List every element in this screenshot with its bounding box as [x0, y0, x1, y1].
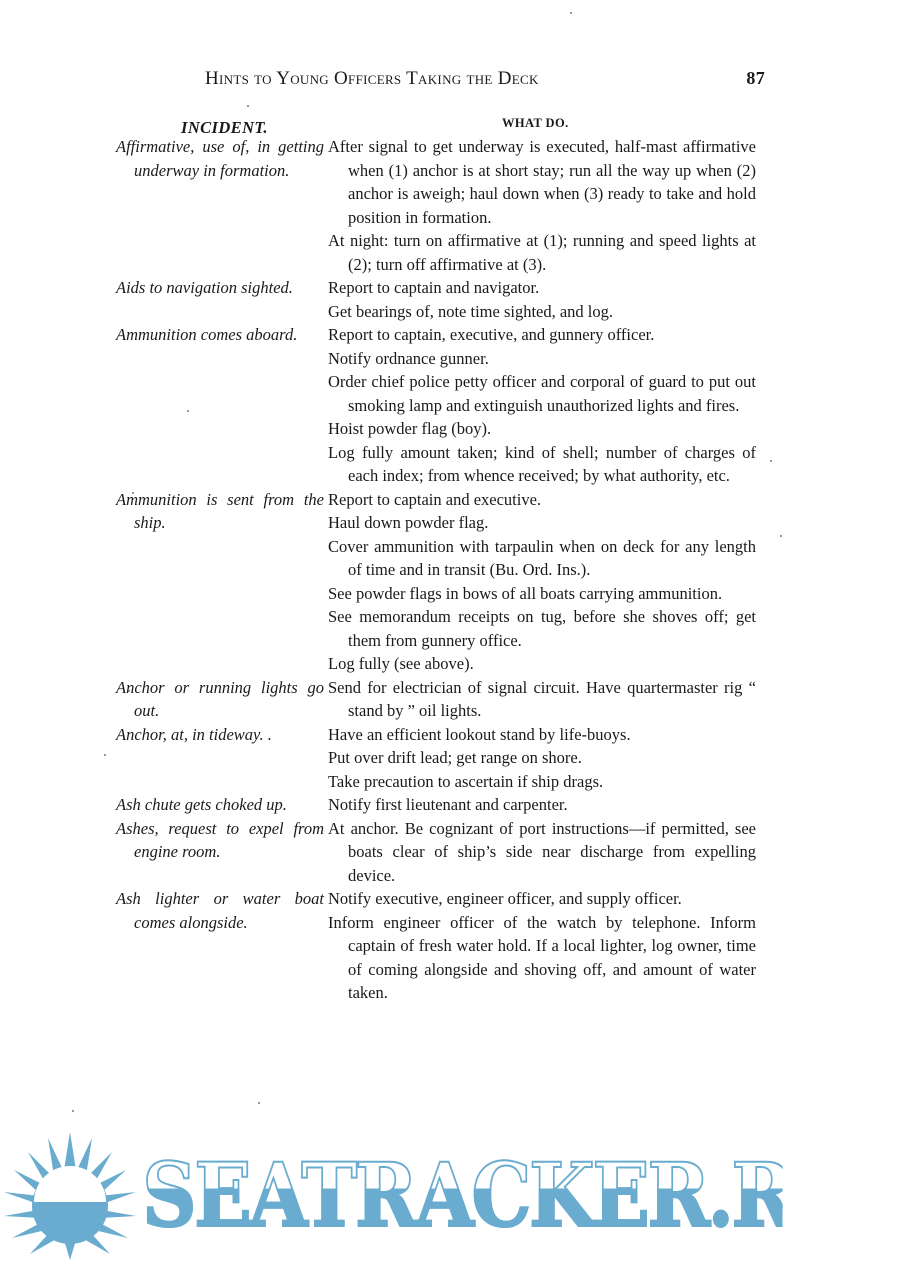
column-header-what-do: WHAT DO.: [502, 116, 569, 131]
action-item: Log fully (see above).: [328, 652, 756, 676]
scan-speck: [132, 492, 134, 494]
action-item: Order chief police petty officer and cor…: [328, 370, 756, 417]
table-row: Anchor or running lights go out. Send fo…: [116, 676, 756, 723]
scan-speck: [770, 460, 772, 462]
table-row: Ammunition comes aboard. Report to capta…: [116, 323, 756, 488]
action-item: Report to captain, executive, and gunner…: [328, 323, 756, 347]
running-head: Hints to Young Officers Taking the Deck …: [205, 68, 765, 90]
action-item: See memorandum receipts on tug, before s…: [328, 605, 756, 652]
scan-speck: [104, 754, 106, 756]
scan-speck: [187, 410, 189, 412]
action-list: Report to captain and navigator. Get bea…: [328, 276, 756, 323]
page-number: 87: [746, 68, 765, 89]
action-item: Report to captain and executive.: [328, 488, 756, 512]
incident-label: Aids to navigation sighted.: [116, 276, 328, 323]
action-item: Put over drift lead; get range on shore.: [328, 746, 756, 770]
incident-label: Ash lighter or water boat comes alongsid…: [116, 887, 328, 1005]
scan-speck: [247, 105, 249, 107]
scan-speck: [72, 1110, 74, 1112]
action-list: After signal to get underway is executed…: [328, 135, 756, 276]
action-item: Log fully amount taken; kind of shell; n…: [328, 441, 756, 488]
action-item: After signal to get underway is executed…: [328, 135, 756, 229]
sun-over-sea-icon: [0, 1130, 140, 1262]
incident-label: Anchor, at, in tideway. .: [116, 723, 328, 794]
scan-speck: [128, 690, 130, 692]
table-row: Ashes, request to expel from engine room…: [116, 817, 756, 888]
scan-speck: [258, 1102, 260, 1104]
table-row: Ash chute gets choked up. Notify first l…: [116, 793, 756, 817]
action-item: Notify executive, engineer officer, and …: [328, 887, 756, 911]
scan-speck: [725, 856, 727, 858]
incident-label: Ashes, request to expel from engine room…: [116, 817, 328, 888]
action-item: Inform engineer officer of the watch by …: [328, 911, 756, 1005]
watermark-text: SEATRACKER.RU: [142, 1154, 783, 1236]
action-item: Report to captain and navigator.: [328, 276, 756, 300]
incident-label: Affirmative, use of, in getting underway…: [116, 135, 328, 276]
table-row: Anchor, at, in tideway. . Have an effici…: [116, 723, 756, 794]
watermark: SEATRACKER.RU: [0, 1130, 900, 1262]
action-item: Get bearings of, note time sighted, and …: [328, 300, 756, 324]
action-item: At anchor. Be cognizant of port instruct…: [328, 817, 756, 888]
action-list: Notify first lieutenant and carpenter.: [328, 793, 756, 817]
table-row: Ash lighter or water boat comes alongsid…: [116, 887, 756, 1005]
running-head-title: Hints to Young Officers Taking the Deck: [205, 68, 539, 89]
action-item: Notify ordnance gunner.: [328, 347, 756, 371]
table-row: Ammunition is sent from the ship. Report…: [116, 488, 756, 676]
action-list: Report to captain, executive, and gunner…: [328, 323, 756, 488]
scan-speck: [570, 12, 572, 14]
action-item: Take precaution to ascertain if ship dra…: [328, 770, 756, 794]
scan-speck: [780, 535, 782, 537]
action-list: At anchor. Be cognizant of port instruct…: [328, 817, 756, 888]
action-item: See powder flags in bows of all boats ca…: [328, 582, 756, 606]
action-item: Hoist powder flag (boy).: [328, 417, 756, 441]
incident-table: Affirmative, use of, in getting underway…: [116, 135, 756, 1005]
action-item: Send for electrician of signal circuit. …: [328, 676, 756, 723]
table-row: Aids to navigation sighted. Report to ca…: [116, 276, 756, 323]
incident-label: Ash chute gets choked up.: [116, 793, 328, 817]
action-list: Report to captain and executive. Haul do…: [328, 488, 756, 676]
action-list: Have an efficient lookout stand by life-…: [328, 723, 756, 794]
action-item: Notify first lieutenant and carpenter.: [328, 793, 756, 817]
incident-label: Anchor or running lights go out.: [116, 676, 328, 723]
table-row: Affirmative, use of, in getting underway…: [116, 135, 756, 276]
action-item: Have an efficient lookout stand by life-…: [328, 723, 756, 747]
action-item: Haul down powder flag.: [328, 511, 756, 535]
action-item: Cover ammunition with tarpaulin when on …: [328, 535, 756, 582]
incident-label: Ammunition comes aboard.: [116, 323, 328, 488]
action-list: Send for electrician of signal circuit. …: [328, 676, 756, 723]
action-item: At night: turn on affirmative at (1); ru…: [328, 229, 756, 276]
incident-label: Ammunition is sent from the ship.: [116, 488, 328, 676]
action-list: Notify executive, engineer officer, and …: [328, 887, 756, 1005]
